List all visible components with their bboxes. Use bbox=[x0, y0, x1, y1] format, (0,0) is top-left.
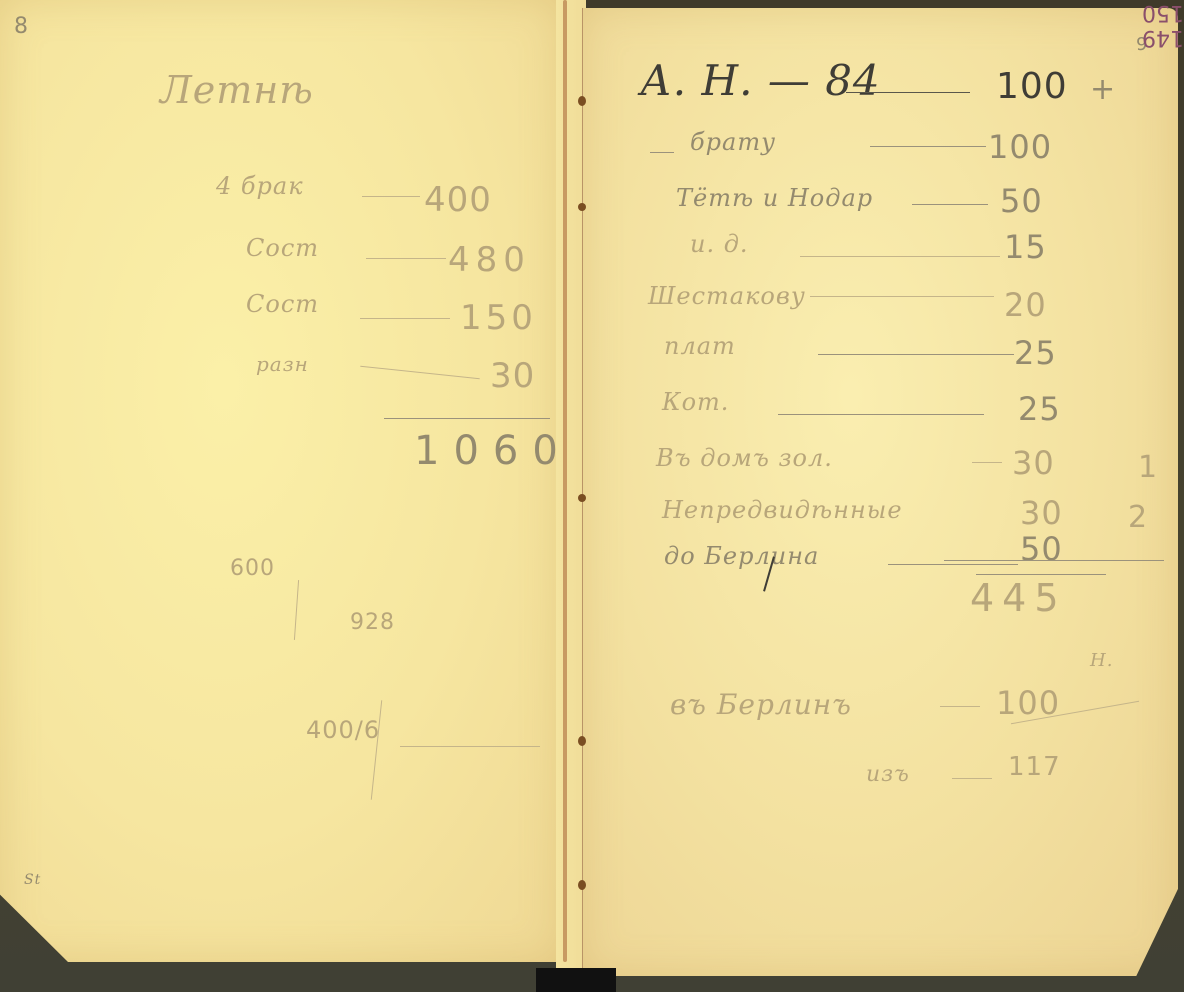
scan-edge bbox=[536, 968, 616, 992]
scratch-note: 928 bbox=[350, 610, 395, 635]
leader-line bbox=[650, 152, 674, 153]
leader-line bbox=[818, 354, 1014, 355]
leader-line bbox=[888, 564, 1018, 565]
right-total: 445 bbox=[970, 576, 1067, 620]
right-entry-amount: 20 bbox=[1004, 286, 1047, 324]
leader-line bbox=[940, 706, 980, 707]
footnote-amount: 117 bbox=[1008, 752, 1061, 782]
sum-line bbox=[976, 574, 1106, 575]
sum-line bbox=[384, 418, 550, 419]
left-folio-number: 150 bbox=[0, 0, 1184, 25]
footnote-label: въ Берлинъ bbox=[670, 688, 852, 721]
left-entry-amount: 30 bbox=[490, 356, 535, 396]
right-entry-label: Кот. bbox=[662, 388, 729, 416]
leader-line bbox=[952, 778, 992, 779]
right-entry-label: до Берлина bbox=[664, 542, 819, 570]
right-heading-amount: 100 bbox=[996, 66, 1068, 107]
tick-mark: + bbox=[1090, 72, 1116, 107]
leader-line bbox=[846, 92, 970, 93]
right-entry-amount: 50 bbox=[1020, 530, 1063, 568]
left-entry-label: Сост bbox=[246, 234, 319, 262]
leader-line bbox=[972, 462, 1002, 463]
leader-line bbox=[360, 318, 450, 319]
strike-line bbox=[944, 560, 1164, 561]
right-entry-amount: 30 bbox=[1020, 494, 1063, 532]
right-folio-number: 149 bbox=[0, 25, 1184, 50]
left-entry-amount: 400 bbox=[424, 180, 492, 220]
right-entry-label: Непредвидѣнные bbox=[662, 496, 903, 524]
scratch-stroke bbox=[400, 746, 540, 747]
margin-mark: 1 bbox=[1138, 450, 1158, 485]
left-entry-label: 4 брак bbox=[216, 172, 304, 200]
right-entry-amount: 50 bbox=[1000, 182, 1043, 220]
left-entry-amount: 150 bbox=[460, 298, 537, 338]
binding-stitch bbox=[578, 880, 586, 890]
left-heading: Летнѣ bbox=[160, 68, 314, 112]
left-entry-label: Сост bbox=[246, 290, 319, 318]
left-entry-amount: 480 bbox=[448, 240, 531, 280]
margin-mark: 2 bbox=[1128, 500, 1148, 535]
binding-stitch bbox=[578, 96, 586, 106]
right-entry-label: и. д. bbox=[690, 230, 749, 258]
binding-stitch bbox=[578, 736, 586, 746]
right-entry-amount: 15 bbox=[1004, 228, 1047, 266]
right-entry-label: плат bbox=[664, 332, 736, 360]
left-total: 1060 bbox=[414, 428, 572, 474]
right-entry-label: Тётѣ и Нодар bbox=[676, 184, 873, 212]
left-page bbox=[0, 0, 560, 962]
leader-line bbox=[870, 146, 986, 147]
right-entry-amount: 25 bbox=[1018, 390, 1061, 428]
scratch-note: 600 bbox=[230, 556, 275, 581]
leader-line bbox=[362, 196, 420, 197]
leader-line bbox=[366, 258, 446, 259]
right-entry-label: Въ домъ зол. bbox=[656, 444, 833, 472]
right-entry-amount: 30 bbox=[1012, 444, 1055, 482]
right-entry-label: Шестакову bbox=[648, 282, 806, 310]
leader-line bbox=[800, 256, 1000, 257]
spine-fold bbox=[563, 0, 567, 962]
leader-line bbox=[912, 204, 988, 205]
footnote-label: изъ bbox=[866, 762, 910, 787]
right-heading: А. Н. — 84 bbox=[640, 56, 881, 105]
corner-mark: St bbox=[24, 872, 41, 888]
leader-line bbox=[778, 414, 984, 415]
scratch-note: 400/6 bbox=[306, 716, 380, 744]
right-entry-label: брату bbox=[690, 128, 776, 156]
right-page bbox=[582, 8, 1178, 976]
binding-thread bbox=[582, 8, 583, 968]
binding-stitch bbox=[578, 203, 586, 211]
right-entry-amount: 100 bbox=[988, 128, 1052, 166]
binding-stitch bbox=[578, 494, 586, 502]
left-entry-label: разн bbox=[256, 352, 309, 376]
leader-line bbox=[810, 296, 994, 297]
footnote-superscript: Н. bbox=[1090, 650, 1113, 671]
right-entry-amount: 25 bbox=[1014, 334, 1057, 372]
